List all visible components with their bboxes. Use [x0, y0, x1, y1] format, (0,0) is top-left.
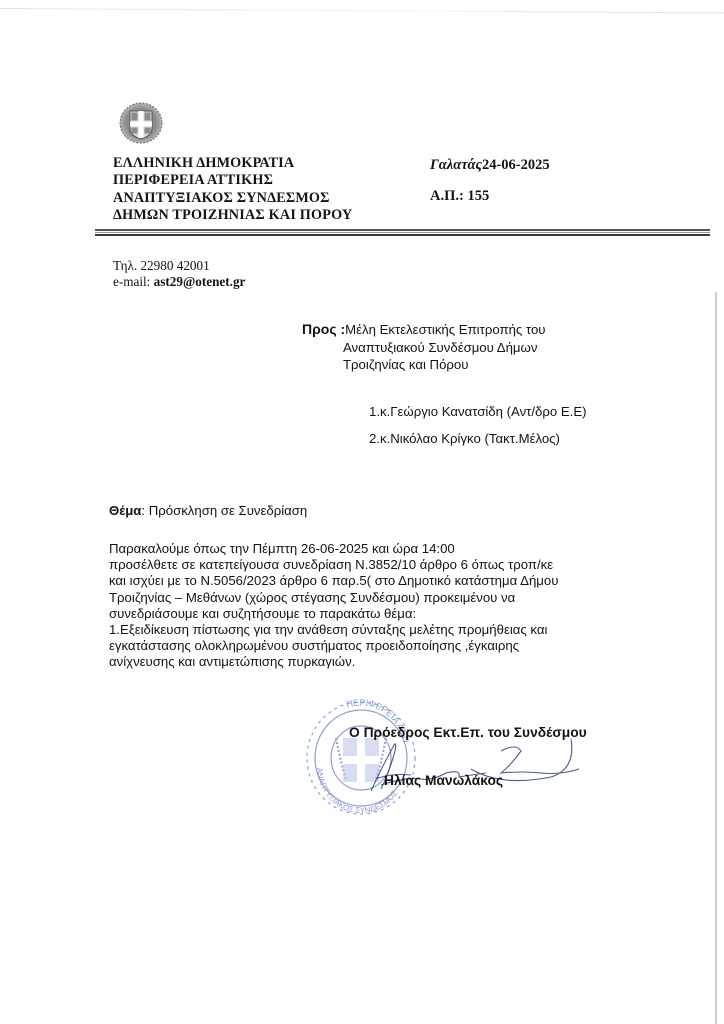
body-line-1: Παρακαλούμε όπως την Πέμπτη 26-06-2025 κ… [109, 541, 669, 557]
header-divider [95, 229, 710, 236]
place: Γαλατάς [430, 157, 482, 173]
subject-text: : Πρόσκληση σε Συνεδρίαση [141, 503, 307, 518]
org-line-1: ΕΛΛΗΝΙΚΗ ΔΗΜΟΚΡΑΤΙΑ [113, 155, 352, 172]
body-line-8: ανίχνευσης και αντιμετώπισης πυρκαγιών. [109, 654, 669, 670]
email-line: e-mail: ast29@otenet.gr [113, 274, 245, 290]
signatory-title: Ο Πρόεδρος Εκτ.Επ. του Συνδέσμου [349, 725, 587, 740]
phone-line: Τηλ. 22980 42001 [113, 258, 245, 274]
member-2: 2.κ.Νικόλαο Κρίγκο (Τακτ.Μέλος) [369, 425, 587, 452]
body-line-6: 1.Εξειδίκευση πίστωσης για την ανάθεση σ… [109, 622, 669, 638]
protocol-value: 155 [467, 188, 489, 204]
recipient-line-1: Προς :Μέλη Εκτελεστικής Επιτροπής του [302, 321, 546, 339]
subject-line: Θέμα: Πρόσκληση σε Συνεδρίαση [109, 503, 307, 518]
org-line-4: ΔΗΜΩΝ ΤΡΟΙΖΗΝΙΑΣ ΚΑΙ ΠΟΡΟΥ [113, 207, 352, 224]
contact-info: Τηλ. 22980 42001 e-mail: ast29@otenet.gr [113, 258, 245, 290]
phone-label: Τηλ. [113, 258, 137, 273]
subject-label: Θέμα [109, 503, 141, 518]
protocol-label: Α.Π.: [430, 188, 464, 204]
recipient-label: Προς : [302, 321, 345, 337]
recipient-members: 1.κ.Γεώργιο Κανατσίδη (Αντ/δρο Ε.Ε) 2.κ.… [369, 398, 587, 452]
recipient-line-2: Αναπτυξιακού Συνδέσμου Δήμων [302, 339, 546, 357]
signature-block: ΠΕΡΙΦΕΡΕΙΑ ΑΤΤΙΚΗΣ ΑΝΑΠΤΥΞΙΑΚΟΣ ΣΥΝΔΕΣΜΟ… [301, 694, 621, 824]
place-date: Γαλατάς24-06-2025 [430, 157, 550, 174]
scan-edge-top [0, 8, 724, 13]
body-line-3: και ισχύει με το Ν.5056/2023 άρθρο 6 παρ… [109, 573, 669, 589]
member-1: 1.κ.Γεώργιο Κανατσίδη (Αντ/δρο Ε.Ε) [369, 398, 587, 425]
org-line-2: ΠΕΡΙΦΕΡΕΙΑ ΑΤΤΙΚΗΣ [113, 172, 352, 189]
protocol-number: Α.Π.: 155 [430, 188, 550, 205]
body-line-5: συνεδριάσουμε και συζητήσουμε το παρακάτ… [109, 606, 669, 622]
email-label: e-mail: [113, 274, 150, 289]
phone-number: 22980 42001 [140, 258, 209, 273]
letter-body: Παρακαλούμε όπως την Πέμπτη 26-06-2025 κ… [109, 541, 669, 671]
email-address[interactable]: ast29@otenet.gr [154, 274, 246, 289]
recipient-text-1: Μέλη Εκτελεστικής Επιτροπής του [345, 322, 545, 337]
body-line-2: προσέλθετε σε κατεπείγουσα συνεδρίαση Ν.… [109, 557, 669, 573]
body-line-7: εγκατάστασης ολοκληρωμένου συστήματος πρ… [109, 638, 669, 654]
greek-coat-of-arms-icon [119, 101, 163, 145]
recipient-line-3: Τροιζηνίας και Πόρου [302, 356, 546, 374]
signatory-name: Ηλίας Μανωλάκος [384, 773, 503, 788]
recipient-block: Προς :Μέλη Εκτελεστικής Επιτροπής του Αν… [302, 321, 546, 374]
body-line-4: Τροιζηνίας – Μεθάνων (χώρος στέγασης Συν… [109, 590, 669, 606]
letter-page: ΕΛΛΗΝΙΚΗ ΔΗΜΟΚΡΑΤΙΑ ΠΕΡΙΦΕΡΕΙΑ ΑΤΤΙΚΗΣ Α… [0, 0, 724, 1024]
org-line-3: ΑΝΑΠΤΥΞΙΑΚΟΣ ΣΥΝΔΕΣΜΟΣ [113, 190, 352, 207]
scan-edge-right [715, 292, 717, 1024]
letter-meta: Γαλατάς24-06-2025 Α.Π.: 155 [430, 157, 550, 205]
date: 24-06-2025 [482, 157, 550, 173]
organization-header: ΕΛΛΗΝΙΚΗ ΔΗΜΟΚΡΑΤΙΑ ΠΕΡΙΦΕΡΕΙΑ ΑΤΤΙΚΗΣ Α… [113, 155, 352, 224]
